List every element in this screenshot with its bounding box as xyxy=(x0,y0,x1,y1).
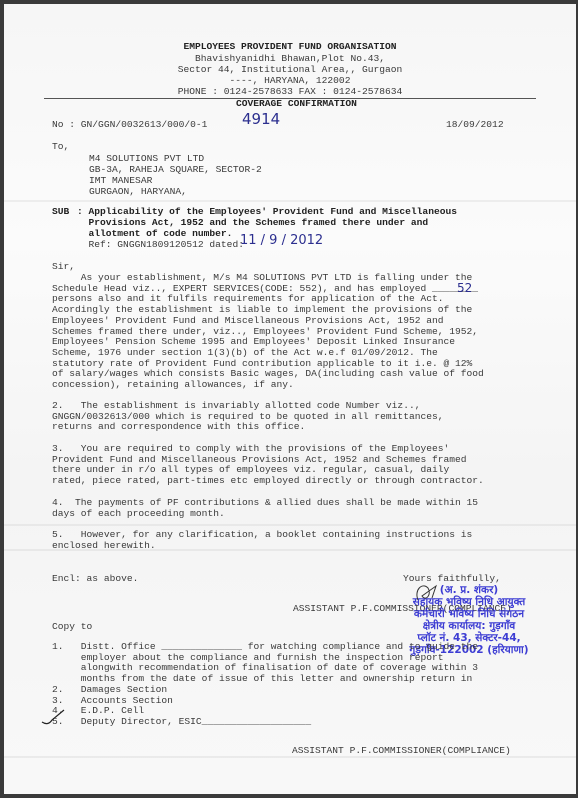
document-date: 18/09/2012 xyxy=(446,120,504,131)
text-line: 5. Deputy Director, ESIC________________… xyxy=(52,717,522,728)
copy-to-list: 1. Distt. Office ______________ for watc… xyxy=(52,642,522,728)
recipient-line: IMT MANESAR xyxy=(89,176,152,187)
recipient-line: M4 SOLUTIONS PVT LTD xyxy=(89,154,204,165)
text-line: Employees' Provident Fund and Miscellane… xyxy=(52,316,522,327)
org-address-line: Sector 44, Institutional Area,, Gurgaon xyxy=(4,65,576,76)
text-line: days of each proceeding month. xyxy=(52,509,522,520)
handwritten-number: 4914 xyxy=(242,114,280,125)
text-line: rated, piece rated, part-times etc emplo… xyxy=(52,476,522,487)
org-name: EMPLOYEES PROVIDENT FUND ORGANISATION xyxy=(4,42,576,53)
handwritten-employee-count: 52 xyxy=(457,283,472,294)
paper-fold xyxy=(4,524,576,526)
paper-fold xyxy=(4,200,576,202)
enclosure-note: Encl: as above. xyxy=(52,574,138,585)
stamp-line: क्षेत्रीय कार्यालय: गुड़गाँव xyxy=(389,620,549,632)
reference-number: No : GN/GGN/0032613/000/0-1 xyxy=(52,120,207,131)
footer-signatory: ASSISTANT P.F.COMMISSIONER(COMPLIANCE) xyxy=(292,746,511,757)
phone-fax: PHONE : 0124-2578633 FAX : 0124-2578634 xyxy=(4,87,576,98)
paragraph-4: 4. The payments of PF contributions & al… xyxy=(52,498,522,519)
recipient-line: GB-3A, RAHEJA SQUARE, SECTOR-2 xyxy=(89,165,262,176)
subject-label: SUB xyxy=(52,207,69,218)
text-line: returns and correspondence with this off… xyxy=(52,422,522,433)
paragraph-1: As your establishment, M/s M4 SOLUTIONS … xyxy=(52,273,522,391)
subject-line: : Applicability of the Employees' Provid… xyxy=(77,207,457,218)
to-label: To, xyxy=(52,142,69,153)
subject-line: allotment of code number. xyxy=(77,229,232,240)
document-page: EMPLOYEES PROVIDENT FUND ORGANISATION Bh… xyxy=(4,4,576,794)
handwritten-ref-date: 11 / 9 / 2012 xyxy=(240,236,323,247)
text-line: 2. Damages Section xyxy=(52,685,522,696)
paragraph-3: 3. You are required to comply with the p… xyxy=(52,444,522,487)
salutation: Sir, xyxy=(52,262,75,273)
subject-line: Provisions Act, 1952 and the Schemes fra… xyxy=(77,218,428,229)
tick-mark xyxy=(40,708,68,726)
text-line: concession), retaining allowances, if an… xyxy=(52,380,522,391)
copy-to-label: Copy to xyxy=(52,622,92,633)
stamp-line: कर्मचारी भविष्य निधि संगठन xyxy=(389,608,549,620)
text-line: enclosed herewith. xyxy=(52,541,522,552)
org-address-line: ----, HARYANA, 122002 xyxy=(4,76,576,87)
paragraph-5: 5. However, for any clarification, a boo… xyxy=(52,530,522,551)
org-address-line: Bhavishyanidhi Bhawan,Plot No.43, xyxy=(4,54,576,65)
subject-ref: Ref: GNGGN1809120512 dated: xyxy=(77,240,244,251)
signature-mark xyxy=(412,580,452,606)
paragraph-2: 2. The establishment is invariably allot… xyxy=(52,401,522,433)
document-title: COVERAGE CONFIRMATION xyxy=(236,99,357,110)
recipient-line: GURGAON, HARYANA, xyxy=(89,187,187,198)
